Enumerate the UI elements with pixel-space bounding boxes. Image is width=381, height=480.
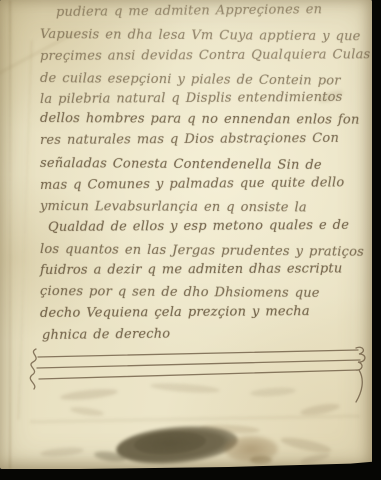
- paper-crease: [9, 0, 11, 469]
- ink-stain-right-lobe: [224, 436, 278, 462]
- manuscript-line: Qualdad de ellos y esp metono quales e d…: [48, 218, 358, 236]
- divider-right-tail: [356, 370, 362, 402]
- manuscript-line: la pilebria natural q Displis entendimie…: [40, 90, 350, 108]
- ink-stain-core: [133, 430, 206, 457]
- divider-line-3: [39, 370, 358, 379]
- manuscript-line: Vapuesis en dha lesa Vm Cuya apptiera y …: [40, 27, 350, 45]
- manuscript-paper: pudiera q me admiten Appreçiones en Vapu…: [0, 0, 373, 469]
- scan-edge-right: [372, 0, 381, 480]
- manuscript-line: çiones por q sen de dho Dhsiomens que: [40, 284, 350, 302]
- manuscript-line: de cuilas esepçioni y piales de Contein …: [40, 71, 350, 90]
- manuscript-line: los quantos en las Jergas prudentes y pr…: [40, 242, 350, 261]
- flourished-divider-rule: [22, 343, 367, 407]
- divider-line-2: [37, 360, 360, 368]
- ink-stain-main: [115, 422, 240, 468]
- manuscript-line: mas q Comunes y palmadas que quite dello: [40, 175, 350, 194]
- divider-right-flourish: [356, 347, 365, 370]
- manuscript-line: preçimes ansi devidas Contra Qualquiera …: [40, 47, 350, 65]
- bleedthrough-mark: [280, 435, 333, 456]
- divider-line-1: [38, 350, 358, 357]
- bleedthrough-mark: [40, 446, 85, 458]
- manuscript-line: dellos hombres para q no ennendan enlos …: [40, 111, 350, 129]
- divider-left-flourish: [30, 349, 36, 389]
- manuscript-line: pudiera q me admiten Appreçiones en: [56, 2, 366, 21]
- ink-stain-droplet: [250, 456, 272, 464]
- bleedthrough-mark: [300, 451, 331, 465]
- manuscript-line: decho Vequiena çela prezçion y mecha: [40, 304, 350, 322]
- paper-crease: [30, 415, 360, 423]
- manuscript-line: res naturales mas q Dios abstraçiones Co…: [40, 131, 350, 149]
- bleedthrough-mark: [200, 423, 260, 434]
- scanned-manuscript-screenshot: pudiera q me admiten Appreçiones en Vapu…: [0, 0, 381, 480]
- manuscript-line: señaladas Conesta Contendenella Sin de: [40, 156, 350, 174]
- ink-stain-tail: [94, 450, 127, 463]
- manuscript-line: fuidros a dezir q me admiten dhas escrip…: [40, 261, 350, 279]
- manuscript-line: ymicun Levabsurlançia en q onsiste la: [40, 199, 350, 217]
- bleedthrough-mark: [70, 406, 105, 418]
- manuscript-line: ghnica de derecho: [42, 327, 171, 344]
